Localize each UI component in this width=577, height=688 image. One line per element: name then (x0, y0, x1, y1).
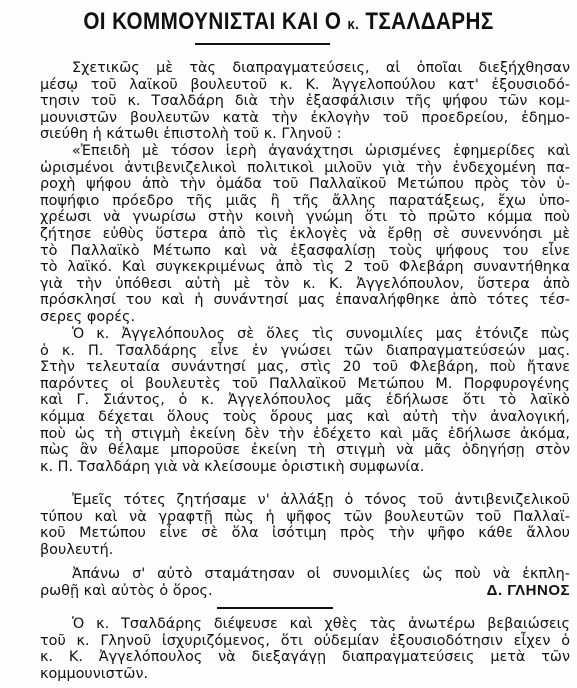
text-line: πὼς ἂν θέλαμε μποροῦσε ἐκείνη τὴ στιγμὴ … (40, 442, 570, 459)
text-line: μουνιστῶν βουλευτῶν κατὰ τὴν ἐκλογὴν τοῦ… (40, 110, 570, 127)
text-line: σερες φορές. (40, 309, 570, 326)
text-line: τοῦ κ. Γληνοῦ ἰσχυριζόμενος, ὅτι οὐδεμία… (40, 633, 570, 650)
text-line: κομμουνιστῶν. (40, 666, 570, 683)
section-divider (217, 607, 333, 609)
text-line: ροχὴ ψήφου ἀπὸ τὴν ὁμάδα τοῦ Παλλαϊκοῦ Μ… (40, 176, 570, 193)
text-line: Στὴν τελευταία συνάντησί μας, στὶς 20 το… (40, 359, 570, 376)
text-line: πρόσκλησί του καὶ ἡ συνάντησί μας ἐπαναλ… (40, 292, 570, 309)
text-line: τησιν τοῦ κ. Τσαλδάρη διὰ τὴν ἐξασφάλισι… (40, 93, 570, 110)
text-line: ζήτησε εὐθὺς ὕστερα ἀπὸ τὶς ἐκλογὲς νὰ ἔ… (40, 226, 570, 243)
text-line: καὶ Γ. Σιάντος, ὁ κ. Ἀγγελόπουλος μᾶς ἐδ… (40, 392, 570, 409)
letter-paragraph-4: Ἀπάνω σ' αὐτὸ σταμάτησαν οἱ συνομιλίες ὡ… (40, 566, 570, 599)
text-line: ὡρισμένοι ἀντιβενιζελικοὶ πολιτικοὶ μιλο… (40, 160, 570, 177)
headline-part2: ΤΣΑΛΔΑΡΗΣ (359, 8, 494, 35)
headline-part1: ΟΙ ΚΟΜΜΟΥΝΙΣΤΑΙ ΚΑΙ Ο (83, 8, 347, 35)
newspaper-clipping: ΟΙ ΚΟΜΜΟΥΝΙΣΤΑΙ ΚΑΙ Ο κ. ΤΣΑΛΔΑΡΗΣ Σχετι… (0, 0, 577, 688)
text-line: βουλευτή. (40, 542, 570, 559)
text-line: ποὺ ὡς τὴ στιγμὴ ἐκείνη δὲν τὴν ἐδέχετο … (40, 426, 570, 443)
text-line: τὸ λαϊκό. Καὶ συγκεκριμένως ἀπὸ τὶς 2 το… (40, 259, 570, 276)
letter-paragraph-3: Ἐμεῖς τότες ζητήσαμε ν' ἀλλάξῃ ὁ τόνος τ… (40, 492, 570, 558)
letter-paragraph-1: «Ἐπειδὴ μὲ τόσον ἱερὴ ἀγανάχτησι ὡρισμέν… (40, 143, 570, 326)
text-line: τύπου καὶ νὰ γραφτῇ πὼς ἡ ψῆφος τῶν βουλ… (40, 509, 570, 526)
text-line: Σχετικῶς μὲ τὰς διαπραγματεύσεις, αἱ ὁπο… (40, 60, 570, 77)
text-line: χρέωσι νὰ γνωρίσω στὴν κοινὴ γνώμη ὅτι τ… (40, 209, 570, 226)
text-line: ποψήφιο πρόεδρο τῆς μιᾶς ἢ τῆς ἄλλης παρ… (40, 193, 570, 210)
letter-paragraph-2: Ὁ κ. Ἀγγελόπουλος σὲ ὅλες τὶς συνομιλίες… (40, 326, 570, 475)
text-line: ὁ κ. Π. Τσαλδάρης εἶνε ἐν γνώσει τῶν δια… (40, 343, 570, 360)
text-line: σιεύθη ἡ κάτωθι ἐπιστολὴ τοῦ κ. Γληνοῦ : (40, 126, 570, 143)
text-line: Ἐμεῖς τότες ζητήσαμε ν' ἀλλάξῃ ὁ τόνος τ… (40, 492, 570, 509)
text-line: κ. Κ. Ἀγγελόπουλος νὰ διεξαγάγῃ διαπραγμ… (40, 649, 570, 666)
text-line: κόμμα δέχεται ὅλους τοὺς ὅρους μας καὶ α… (40, 409, 570, 426)
headline-honorific: κ. (348, 16, 360, 33)
text-line: μέσῳ τοῦ λαϊκοῦ βουλευτοῦ κ. Κ. Ἀγγελοπο… (40, 77, 570, 94)
headline-divider (195, 43, 330, 45)
closing-line: ρωθῇ καὶ αὐτὸς ὁ ὅρος. Δ. ΓΛΗΝΟΣ (40, 583, 570, 600)
response-paragraph: Ὁ κ. Τσαλδάρης διέψευσε καὶ χθὲς τὰς ἀνω… (40, 616, 570, 682)
text-line: παρόντες οἱ βουλευτὲς τοῦ Παλλαϊκοῦ Μετώ… (40, 376, 570, 393)
text-line: Ὁ κ. Ἀγγελόπουλος σὲ ὅλες τὶς συνομιλίες… (40, 326, 570, 343)
text-line: Ἀπάνω σ' αὐτὸ σταμάτησαν οἱ συνομιλίες ὡ… (40, 566, 570, 583)
text-line: κ. Π. Τσαλδάρη γιὰ νὰ κλείσουμε ὁριστικὴ… (40, 459, 570, 476)
text-line: γιὰ τὴν ὑπόθεσι αὐτὴ μὲ τὸν κ. Κ. Ἀγγελό… (40, 276, 570, 293)
text-line: «Ἐπειδὴ μὲ τόσον ἱερὴ ἀγανάχτησι ὡρισμέν… (40, 143, 570, 160)
text-line: τὸ Παλλαϊκὸ Μέτωπο καὶ νὰ ἐξασφαλίσῃ τοὺ… (40, 243, 570, 260)
headline: ΟΙ ΚΟΜΜΟΥΝΙΣΤΑΙ ΚΑΙ Ο κ. ΤΣΑΛΔΑΡΗΣ (40, 7, 536, 40)
text-line: Ὁ κ. Τσαλδάρης διέψευσε καὶ χθὲς τὰς ἀνω… (40, 616, 570, 633)
signature: Δ. ΓΛΗΝΟΣ (487, 583, 570, 600)
text-line: κοῦ Μετώπου εἶνε σὲ ὅλα ἰσότιμη πρὸς τὴν… (40, 525, 570, 542)
intro-paragraph: Σχετικῶς μὲ τὰς διαπραγματεύσεις, αἱ ὁπο… (40, 60, 570, 143)
text-line: ρωθῇ καὶ αὐτὸς ὁ ὅρος. (40, 583, 213, 600)
